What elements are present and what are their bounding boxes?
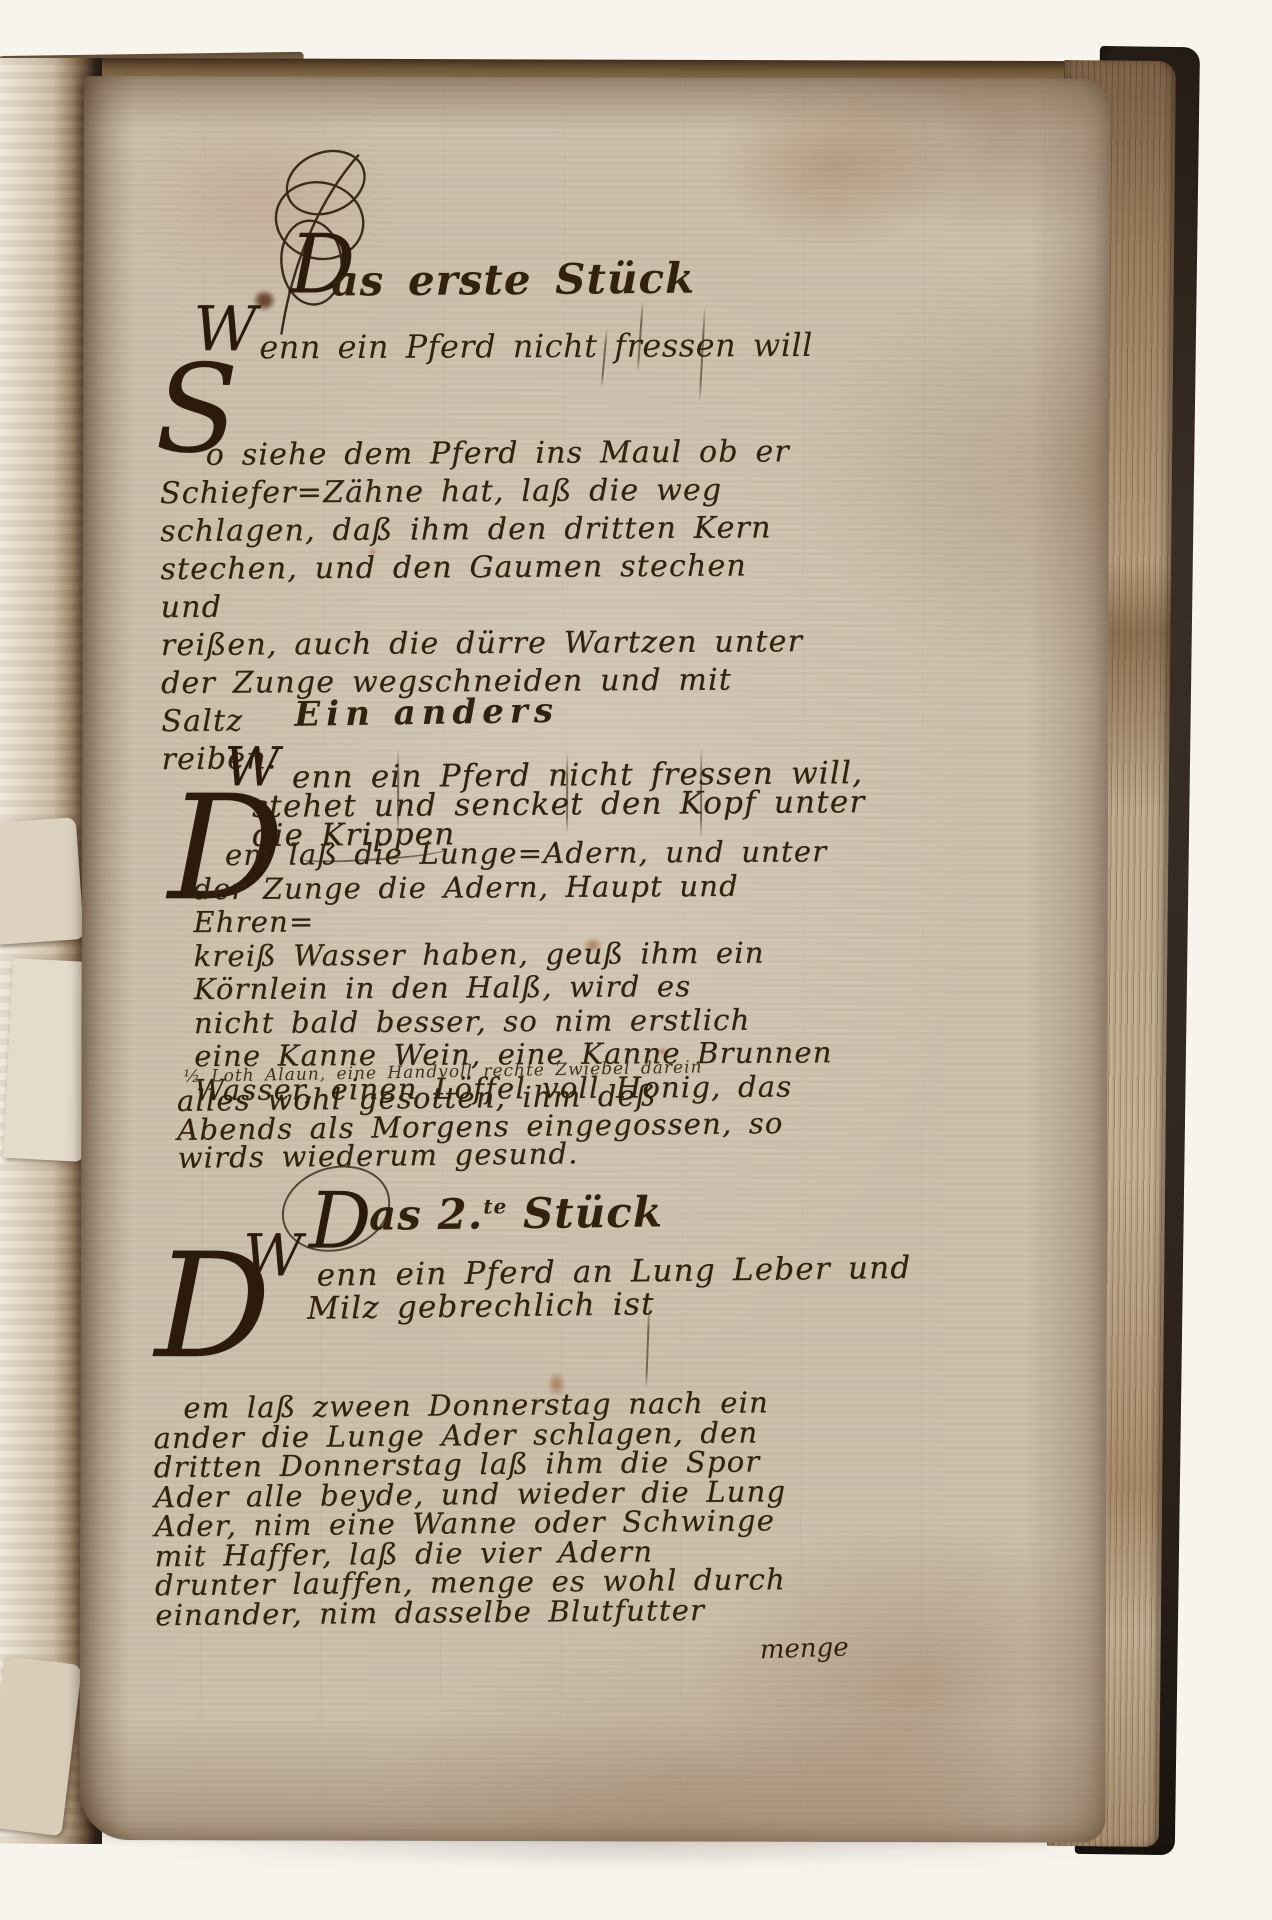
section3-subheading: enn ein Pferd an Lung Leber und Milz geb… [306,1251,967,1326]
divider-stroke [700,748,702,838]
torn-page-stub [3,958,93,1162]
section3-heading-text: Stück [507,1187,663,1238]
section3-subheading-initial: W [243,1226,303,1284]
divider-stroke [397,749,399,833]
section3-heading-initial: D [309,1183,372,1261]
section3-heading-text: as 2. [369,1190,484,1240]
divider-stroke [566,751,568,833]
manuscript-page: D as erste Stück W enn ein Pferd nicht f… [79,76,1110,1843]
section3-body-text: em laß zween Donnerstag nach ein ander d… [153,1388,815,1630]
section1-heading: as erste Stück [331,254,695,306]
section2-body-text-continued: alles wohl gesotten, ihm deß Abends als … [177,1079,838,1172]
torn-page-stub [0,817,84,945]
photograph-of-open-manuscript-book: D as erste Stück W enn ein Pferd nicht f… [0,0,1272,1920]
catchword: menge [759,1632,849,1665]
section1-subheading: enn ein Pferd nicht fressen will [259,326,813,366]
torn-page-stub [0,1656,82,1836]
section3-heading-superscript: te [483,1194,507,1218]
section3-heading: as 2.te Stück [369,1187,663,1239]
section2-heading: Ein anders [294,691,559,735]
